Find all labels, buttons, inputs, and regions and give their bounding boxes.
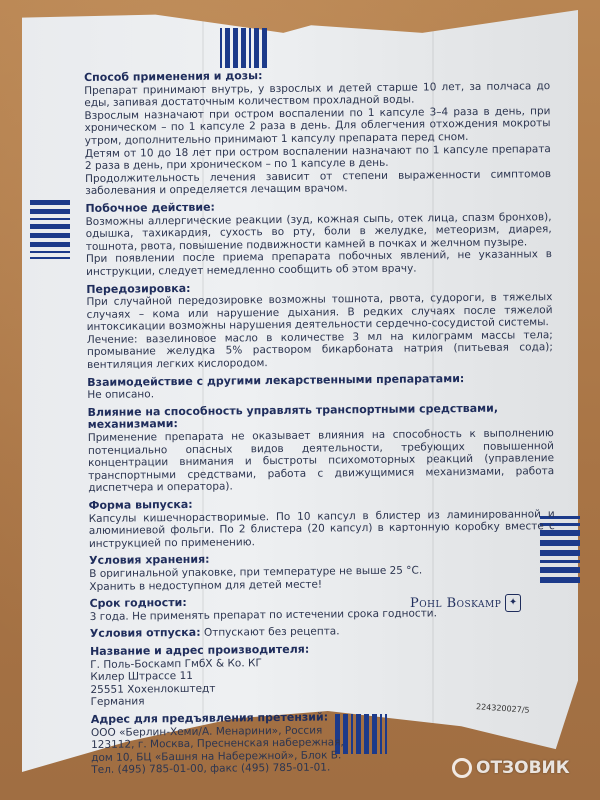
section: Условия хранения:В оригинальной упаковке… — [89, 550, 555, 593]
brand-name: Pohl Boskamp — [410, 596, 501, 611]
otzovik-logo-icon — [452, 758, 472, 778]
section: Передозировка:При случайной передозировк… — [86, 279, 553, 372]
section-paragraph: Возможны аллергические реакции (зуд, кож… — [86, 211, 552, 254]
dispensing-section: Условия отпуска: Отпускают без рецепта. — [90, 623, 556, 640]
section: Влияние на способность управлять транспо… — [88, 402, 555, 495]
section: Форма выпуска:Капсулы кишечнорастворимые… — [88, 495, 555, 550]
brand-figure-icon: ✦ — [505, 594, 521, 612]
otzovik-watermark: ОТЗОВИК — [452, 758, 570, 778]
section-paragraph: Применение препарата не оказывает влияни… — [88, 427, 555, 495]
print-registration-marks-top — [220, 28, 267, 68]
section-paragraph: Лечение: вазелиновое масло в количестве … — [87, 329, 553, 372]
section-paragraph: Капсулы кишечнорастворимые. По 10 капсул… — [89, 508, 555, 551]
section: Взаимодействие с другими лекарственными … — [87, 372, 553, 402]
print-registration-marks-left — [30, 200, 70, 259]
manufacturer-section: Название и адрес производителя: Г. Поль-… — [90, 641, 557, 709]
dispensing-text: Отпускают без рецепта. — [204, 626, 340, 639]
section-paragraph: Взрослым назначают при остром воспалении… — [84, 105, 550, 148]
leaflet-text: Способ применения и дозы:Препарат приним… — [84, 67, 557, 782]
watermark-text: ОТЗОВИК — [476, 758, 570, 778]
section-paragraph: При случайной передозировке возможны тош… — [86, 291, 552, 334]
dispensing-heading: Условия отпуска: — [90, 626, 201, 640]
section: Способ применения и дозы:Препарат приним… — [84, 67, 551, 198]
pohl-boskamp-logo: Pohl Boskamp ✦ — [410, 594, 521, 612]
section: Побочное действие:Возможны аллергические… — [85, 198, 552, 278]
section-paragraph: При появлении после приема препарата поб… — [86, 248, 552, 278]
section-paragraph: Продолжительность лечения зависит от сте… — [85, 168, 551, 198]
